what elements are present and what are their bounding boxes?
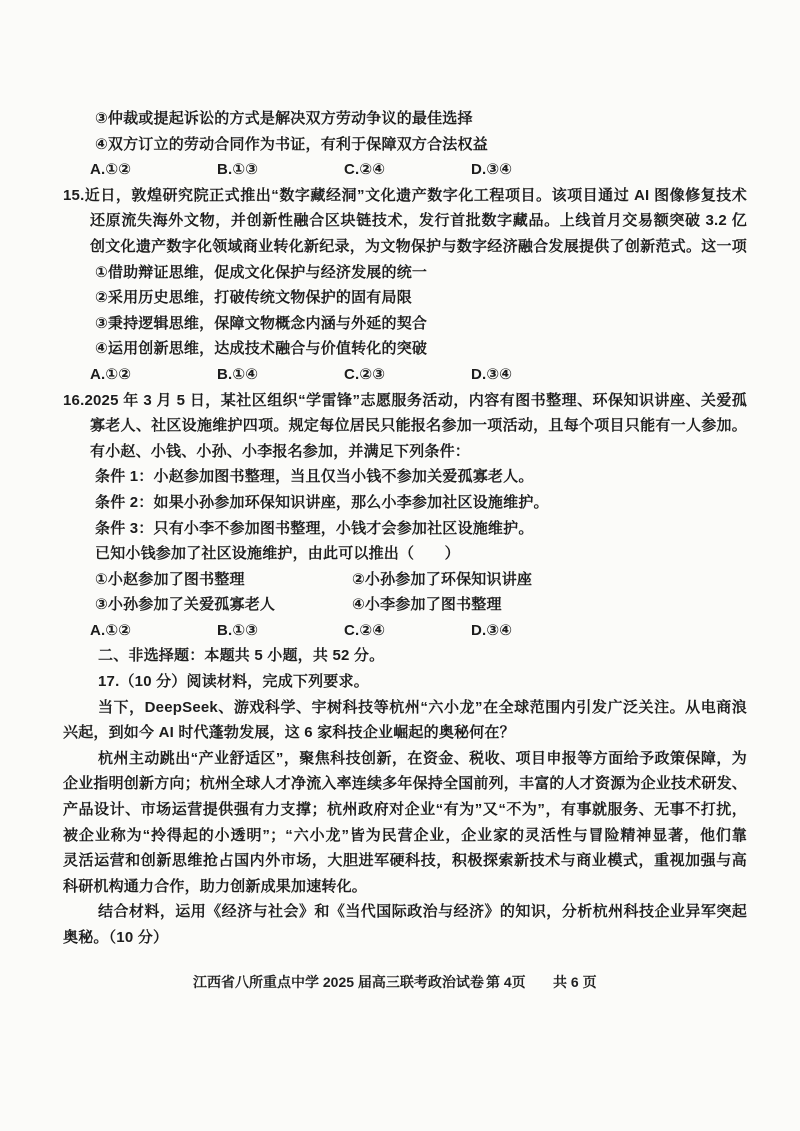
q17-para2-line: 杭州主动跳出“产业舒适区”，聚焦科技创新，在资金、税收、项目申报等方面给予政策保… (63, 746, 747, 772)
q16-stem-line: 寡老人、社区设施维护四项。规定每位居民只能报名参加一项活动，且每个项目只能有一人… (63, 413, 747, 439)
page-footer: 江西省八所重点中学 2025 届高三联考政治试卷 第 4页 共 6 页 (0, 972, 800, 996)
q16-stem-line: 有小赵、小钱、小孙、小李报名参加，并满足下列条件： (63, 439, 747, 465)
q16-choice-4: ④小李参加了图书整理 (352, 596, 502, 613)
q15-option-b: B.①④ (217, 362, 344, 388)
q16-option-b: B.①③ (217, 618, 344, 644)
q15-option-a: A.①② (90, 362, 217, 388)
q16-option-d: D.③④ (471, 618, 512, 644)
q14-option-d: D.③④ (471, 157, 512, 183)
q15-option-c: C.②③ (344, 362, 471, 388)
q16-options-row: A.①②B.①③C.②④D.③④ (63, 618, 747, 644)
q17-title: 17.（10 分）阅读材料，完成下列要求。 (63, 669, 747, 695)
footer-page-number: 第 4页 (486, 972, 526, 992)
q14-option-c: C.②④ (344, 157, 471, 183)
footer-total-pages: 共 6 页 (553, 972, 597, 992)
q14-options-row: A.①②B.①③C.②④D.③④ (63, 157, 747, 183)
q14-choice-4: ④双方订立的劳动合同作为书证，有利于保障双方合法权益 (63, 132, 747, 158)
q17-task-line: 奥秘。（10 分） (63, 925, 747, 951)
footer-exam-title: 江西省八所重点中学 2025 届高三联考政治试卷 (193, 972, 484, 992)
exam-content: ③仲裁或提起诉讼的方式是解决双方劳动争议的最佳选择 ④双方订立的劳动合同作为书证… (63, 106, 747, 951)
q16-choice-row: ③小孙参加了关爱孤寡老人④小李参加了图书整理 (63, 592, 747, 618)
q16-condition-3: 条件 3：只有小李不参加图书整理，小钱才会参加社区设施维护。 (63, 516, 747, 542)
q17-task-line: 结合材料，运用《经济与社会》和《当代国际政治与经济》的知识，分析杭州科技企业异军… (63, 899, 747, 925)
q17-para2-line: 被企业称为“拎得起的小透明”；“六小龙”皆为民营企业，企业家的灵活性与冒险精神显… (63, 823, 747, 849)
q15-option-d: D.③④ (471, 362, 512, 388)
q16-choice-3: ③小孙参加了关爱孤寡老人 (95, 592, 352, 618)
q14-option-a: A.①② (90, 157, 217, 183)
q16-condition-1: 条件 1：小赵参加图书整理，当且仅当小钱不参加关爱孤寡老人。 (63, 464, 747, 490)
q15-choice-2: ②采用历史思维，打破传统文物保护的固有局限 (63, 285, 747, 311)
q15-choice-4: ④运用创新思维，达成技术融合与价值转化的突破 (63, 336, 747, 362)
q14-choice-3: ③仲裁或提起诉讼的方式是解决双方劳动争议的最佳选择 (63, 106, 747, 132)
q17-para2-line: 灵活运营和创新思维抢占国内外市场，大胆进军硬科技，积极探索新技术与商业模式，重视… (63, 848, 747, 874)
q17-para1-line: 兴起，到如今 AI 时代蓬勃发展，这 6 家科技企业崛起的奥秘何在？ (63, 720, 747, 746)
q16-choice-row: ①小赵参加了图书整理②小孙参加了环保知识讲座 (63, 567, 747, 593)
q17-para2-line: 科研机构通力合作，助力创新成果加速转化。 (63, 874, 747, 900)
q14-option-b: B.①③ (217, 157, 344, 183)
q15-stem-line: 15.近日，敦煌研究院正式推出“数字藏经洞”文化遗产数字化工程项目。该项目通过 … (63, 183, 747, 209)
q15-stem-line: 创文化遗产数字化领域商业转化新纪录，为文物保护与数字经济融合发展提供了创新范式。… (63, 234, 747, 260)
exam-page: ③仲裁或提起诉讼的方式是解决双方劳动争议的最佳选择 ④双方订立的劳动合同作为书证… (0, 0, 800, 1131)
q16-condition-2: 条件 2：如果小孙参加环保知识讲座，那么小李参加社区设施维护。 (63, 490, 747, 516)
q17-para2-line: 产品设计、市场运营提供强有力支撑；杭州政府对企业“有为”又“不为”，有事就服务、… (63, 797, 747, 823)
q16-choice-1: ①小赵参加了图书整理 (95, 567, 352, 593)
q16-known-line: 已知小钱参加了社区设施维护，由此可以推出（ ） (63, 541, 747, 567)
q16-option-a: A.①② (90, 618, 217, 644)
q17-para2-line: 企业指明创新方向；杭州全球人才净流入率连续多年保持全国前列，丰富的人才资源为企业… (63, 771, 747, 797)
q17-para1-line: 当下，DeepSeek、游戏科学、宇树科技等杭州“六小龙”在全球范围内引发广泛关… (63, 695, 747, 721)
q15-choice-1: ①借助辩证思维，促成文化保护与经济发展的统一 (63, 260, 747, 286)
q15-stem-line: 还原流失海外文物，并创新性融合区块链技术，发行首批数字藏品。上线首月交易额突破 … (63, 208, 747, 234)
q15-choice-3: ③秉持逻辑思维，保障文物概念内涵与外延的契合 (63, 311, 747, 337)
section-2-header: 二、非选择题：本题共 5 小题，共 52 分。 (63, 643, 747, 669)
q16-stem-line: 16.2025 年 3 月 5 日，某社区组织“学雷锋”志愿服务活动，内容有图书… (63, 388, 747, 414)
q16-choice-2: ②小孙参加了环保知识讲座 (352, 571, 532, 588)
q15-options-row: A.①②B.①④C.②③D.③④ (63, 362, 747, 388)
q16-option-c: C.②④ (344, 618, 471, 644)
